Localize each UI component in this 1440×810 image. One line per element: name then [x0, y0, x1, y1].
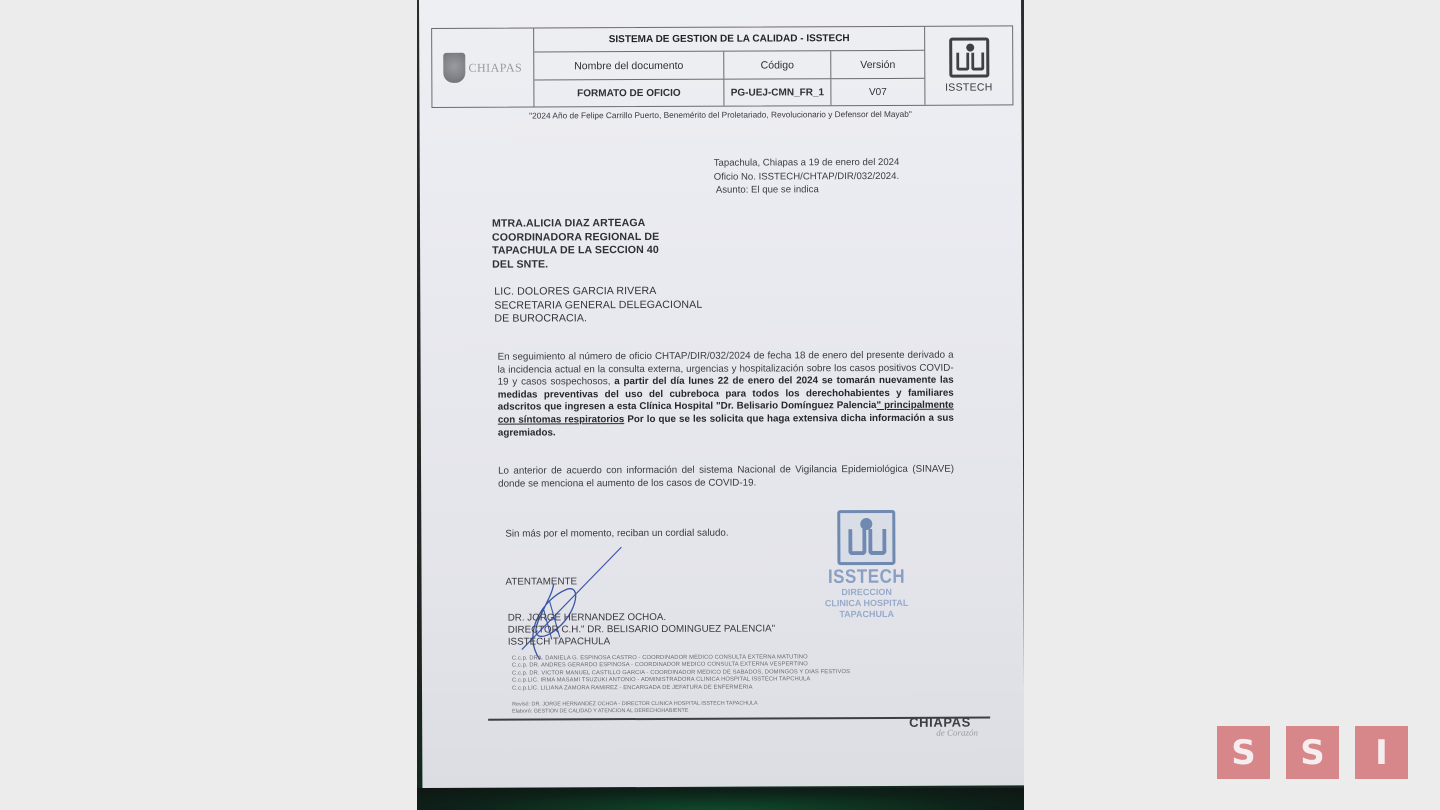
document-photo: CHIAPAS SISTEMA DE GESTION DE LA CALIDAD…: [417, 0, 1024, 810]
isstech-emblem-icon: [949, 38, 989, 78]
recipient-2-line: DE BUROCRACIA.: [494, 312, 702, 327]
place-date: Tapachula, Chiapas a 19 de enero del 202…: [714, 156, 900, 170]
ccp-item: C.c.p.LIC. LILIANA ZAMORA RAMIREZ - ENCA…: [512, 684, 850, 693]
oficio-number: Oficio No. ISSTECH/CHTAP/DIR/032/2024.: [714, 169, 900, 183]
body-paragraph-1: En seguimiento al número de oficio CHTAP…: [498, 350, 954, 440]
stamp-title: ISSTECH: [828, 565, 905, 588]
document-header-table: CHIAPAS SISTEMA DE GESTION DE LA CALIDAD…: [431, 25, 1013, 108]
desk-background: [417, 788, 1024, 810]
header-info: SISTEMA DE GESTION DE LA CALIDAD - ISSTE…: [534, 27, 924, 107]
footer-tagline: de Corazón: [936, 728, 978, 738]
signer-block: DR. JORGE HERNANDEZ OCHOA. DIRECTOR C.H.…: [508, 611, 776, 649]
signer-name: DR. JORGE HERNANDEZ OCHOA.: [508, 611, 775, 624]
recipient-1: MTRA.ALICIA DIAZ ARTEAGA COORDINADORA RE…: [492, 217, 659, 272]
official-letter: CHIAPAS SISTEMA DE GESTION DE LA CALIDAD…: [419, 0, 1024, 788]
review-block: Revisó: DR. JORGE HERNANDEZ OCHOA - DIRE…: [512, 701, 758, 715]
ssi-letter-tile: S: [1286, 726, 1339, 779]
recipient-1-line: TAPACHULA DE LA SECCION 40: [492, 244, 659, 258]
official-stamp: ISSTECH DIRECCION CLINICA HOSPITAL TAPAC…: [816, 510, 916, 620]
reviewed-by: Revisó: DR. JORGE HERNANDEZ OCHOA - DIRE…: [512, 701, 758, 709]
recipient-1-line: COORDINADORA REGIONAL DE: [492, 231, 659, 245]
chiapas-government-logo: CHIAPAS: [432, 28, 534, 106]
ssi-letter-tile: I: [1355, 726, 1408, 779]
recipient-1-line: DEL SNTE.: [492, 258, 659, 272]
subject: Asunto: El que se indica: [714, 183, 900, 197]
recipient-1-line: MTRA.ALICIA DIAZ ARTEAGA: [492, 217, 659, 231]
system-title: SISTEMA DE GESTION DE LA CALIDAD - ISSTE…: [534, 27, 924, 53]
document-name-value: FORMATO DE OFICIO: [534, 80, 724, 107]
document-name-label: Nombre del documento: [534, 52, 724, 80]
prepared-by: Elaboró: GESTION DE CALIDAD Y ATENCION A…: [512, 707, 758, 715]
signer-title: DIRECTOR C.H." DR. BELISARIO DOMINGUEZ P…: [508, 624, 775, 637]
version-value: V07: [831, 79, 924, 105]
handwritten-signature-icon: [481, 539, 662, 670]
year-motto: "2024 Año de Felipe Carrillo Puerto, Ben…: [419, 108, 1021, 121]
body-paragraph-2: Lo anterior de acuerdo con información d…: [498, 464, 954, 491]
stamp-line: TAPACHULA: [839, 609, 894, 620]
stamp-line: CLINICA HOSPITAL: [825, 598, 909, 609]
isstech-logo: ISSTECH: [924, 26, 1012, 104]
code-value: PG-UEJ-CMN_FR_1: [724, 79, 831, 105]
closing-line: Sin más por el momento, reciban un cordi…: [505, 528, 728, 540]
ssi-watermark-logo: S S I: [1217, 726, 1408, 779]
isstech-logo-text: ISSTECH: [945, 81, 993, 93]
chiapas-logo-text: CHIAPAS: [468, 60, 522, 75]
signer-unit: ISSTECH TAPACHULA: [508, 636, 775, 649]
recipient-2: LIC. DOLORES GARCIA RIVERA SECRETARIA GE…: [494, 285, 702, 327]
coat-of-arms-icon: [443, 53, 465, 83]
isstech-stamp-emblem-icon: [837, 510, 895, 565]
recipient-2-line: SECRETARIA GENERAL DELEGACIONAL: [494, 298, 702, 313]
code-label: Código: [724, 51, 831, 78]
letter-meta: Tapachula, Chiapas a 19 de enero del 202…: [714, 156, 900, 197]
version-label: Versión: [831, 51, 924, 78]
header-labels-row: Nombre del documento Código Versión: [534, 51, 924, 81]
carbon-copy-list: C.c.p. DRA. DANIELA G. ESPINOSA CASTRO -…: [512, 654, 850, 693]
header-values-row: FORMATO DE OFICIO PG-UEJ-CMN_FR_1 V07: [534, 79, 924, 107]
recipient-2-line: LIC. DOLORES GARCIA RIVERA: [494, 285, 702, 300]
ssi-letter-tile: S: [1217, 726, 1270, 779]
